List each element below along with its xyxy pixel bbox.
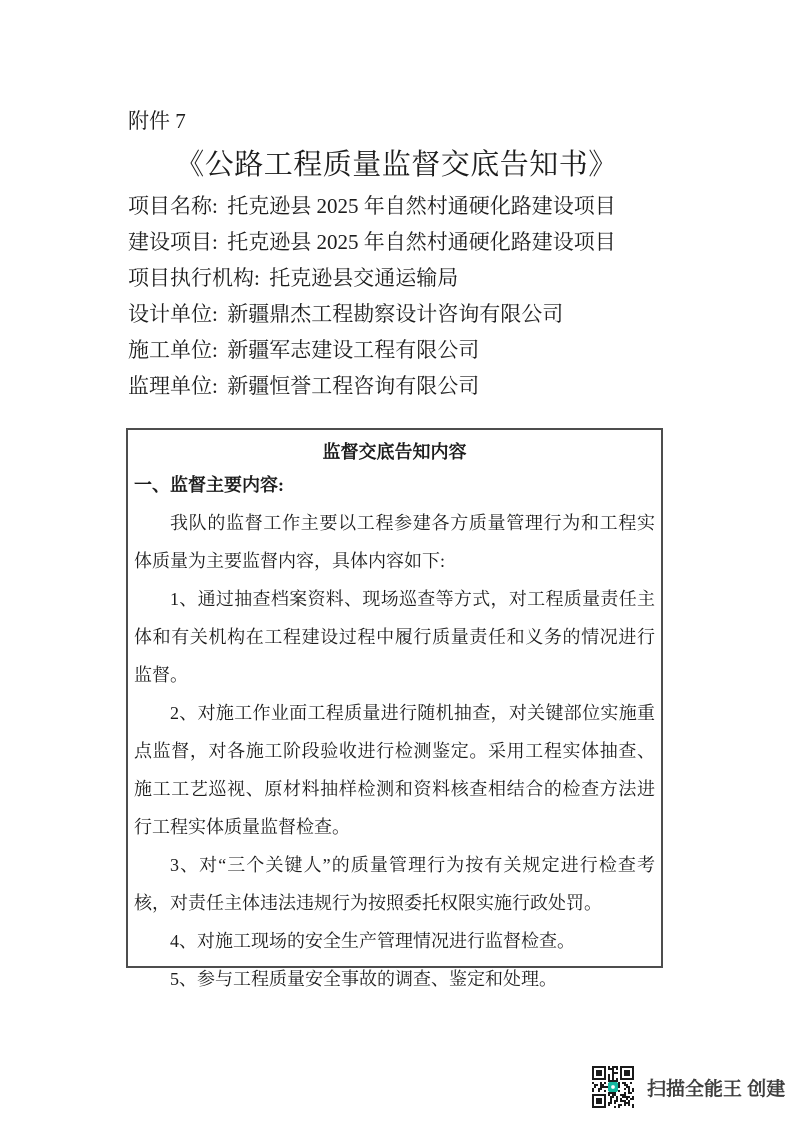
notice-paragraph-item-3: 3、对“三个关键人”的质量管理行为按有关规定进行检查考核，对责任主体违法违规行为… (134, 846, 655, 922)
notice-box: 监督交底告知内容 一、监督主要内容: 我队的监督工作主要以工程参建各方质量管理行… (126, 428, 663, 968)
detail-label: 建设项目: (128, 230, 218, 254)
detail-row-project-name: 项目名称:托克逊县 2025 年自然村通硬化路建设项目 (128, 188, 683, 224)
detail-value: 托克逊县交通运输局 (269, 266, 458, 290)
document-page: 附件 7 《公路工程质量监督交底告知书》 项目名称:托克逊县 2025 年自然村… (0, 0, 793, 1122)
detail-label: 项目名称: (128, 194, 218, 218)
section-heading: 一、监督主要内容: (134, 466, 655, 504)
document-title: 《公路工程质量监督交底告知书》 (0, 144, 793, 186)
attachment-label: 附件 7 (128, 106, 186, 136)
notice-paragraph-item-5: 5、参与工程质量安全事故的调查、鉴定和处理。 (134, 960, 655, 998)
notice-paragraph-item-4: 4、对施工现场的安全生产管理情况进行监督检查。 (134, 922, 655, 960)
scanner-watermark: 扫描全能王 创建 (592, 1066, 785, 1108)
detail-row-construction-project: 建设项目:托克逊县 2025 年自然村通硬化路建设项目 (128, 224, 683, 260)
detail-value: 新疆军志建设工程有限公司 (227, 338, 479, 362)
detail-row-design-unit: 设计单位:新疆鼎杰工程勘察设计咨询有限公司 (128, 296, 683, 332)
detail-label: 项目执行机构: (128, 266, 260, 290)
detail-value: 托克逊县 2025 年自然村通硬化路建设项目 (227, 230, 616, 254)
detail-value: 新疆鼎杰工程勘察设计咨询有限公司 (227, 302, 563, 326)
detail-value: 新疆恒誉工程咨询有限公司 (227, 374, 479, 398)
notice-paragraph-intro: 我队的监督工作主要以工程参建各方质量管理行为和工程实体质量为主要监督内容，具体内… (134, 504, 655, 580)
notice-paragraph-item-2: 2、对施工作业面工程质量进行随机抽查，对关键部位实施重点监督，对各施工阶段验收进… (134, 694, 655, 846)
project-details: 项目名称:托克逊县 2025 年自然村通硬化路建设项目 建设项目:托克逊县 20… (128, 188, 683, 404)
detail-row-supervision-unit: 监理单位:新疆恒誉工程咨询有限公司 (128, 368, 683, 404)
detail-label: 施工单位: (128, 338, 218, 362)
scanner-watermark-text: 扫描全能王 创建 (647, 1074, 785, 1101)
notice-box-title: 监督交底告知内容 (134, 438, 655, 466)
detail-label: 监理单位: (128, 374, 218, 398)
notice-paragraph-item-1: 1、通过抽查档案资料、现场巡查等方式，对工程质量责任主体和有关机构在工程建设过程… (134, 580, 655, 694)
qr-code-icon (592, 1066, 634, 1108)
detail-label: 设计单位: (128, 302, 218, 326)
detail-value: 托克逊县 2025 年自然村通硬化路建设项目 (227, 194, 616, 218)
detail-row-construction-unit: 施工单位:新疆军志建设工程有限公司 (128, 332, 683, 368)
detail-row-executing-agency: 项目执行机构:托克逊县交通运输局 (128, 260, 683, 296)
